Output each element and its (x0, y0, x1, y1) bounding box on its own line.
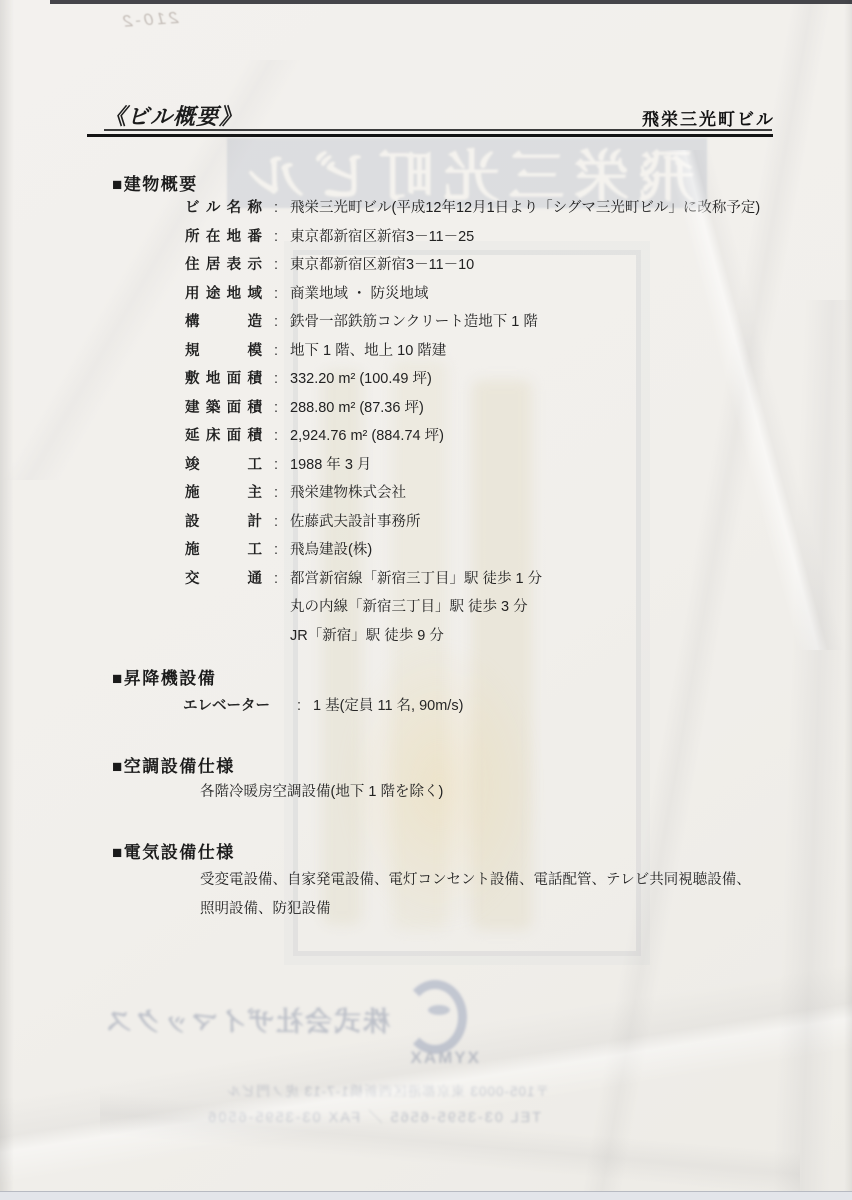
scan-edge-bottom (0, 1191, 852, 1200)
building-spec-table: ビル名称:飛栄三光町ビル(平成12年12月1日より「シグマ三光町ビル」に改称予定… (185, 194, 805, 650)
spec-value: 商業地域 ・ 防災地域 (290, 280, 805, 309)
spec-colon: : (262, 565, 290, 651)
page-title: 《ビル概要》 (104, 100, 242, 131)
spec-label: 竣工 (185, 451, 262, 480)
spec-row: 住居表示:東京都新宿区新宿3－11－10 (185, 251, 805, 280)
spec-value: 1 基(定員 11 名, 90m/s) (313, 692, 743, 720)
spec-row: ビル名称:飛栄三光町ビル(平成12年12月1日より「シグマ三光町ビル」に改称予定… (185, 194, 805, 223)
spec-colon: : (262, 365, 290, 394)
spec-colon: : (262, 394, 290, 423)
spec-row: 建築面積:288.80 m² (87.36 坪) (185, 394, 805, 423)
spec-row: 規模:地下 1 階、地上 10 階建 (185, 337, 805, 366)
spec-value: 飛栄建物株式会社 (290, 479, 805, 508)
document-content: 《ビル概要》 飛栄三光町ビル ■建物概要 ビル名称:飛栄三光町ビル(平成12年1… (0, 0, 852, 1200)
spec-value: 1988 年 3 月 (290, 451, 805, 480)
spec-label: 建築面積 (185, 394, 262, 423)
section-heading-electric: ■電気設備仕様 (112, 838, 235, 863)
spec-colon: : (262, 337, 290, 366)
spec-label: 設計 (185, 508, 262, 537)
section-heading-elevator: ■昇降機設備 (112, 664, 216, 689)
header-rule-thick (87, 134, 773, 137)
spec-value: 都営新宿線「新宿三丁目」駅 徒歩 1 分 丸の内線「新宿三丁目」駅 徒歩 3 分… (290, 565, 805, 651)
spec-value: 2,924.76 m² (884.74 坪) (290, 422, 805, 451)
spec-label: 所在地番 (185, 223, 262, 252)
spec-row: 用途地域:商業地域 ・ 防災地域 (185, 280, 805, 309)
electric-spec-text: 受変電設備、自家発電設備、電灯コンセント設備、電話配管、テレビ共同視聴設備、 照… (200, 866, 760, 924)
spec-label: エレベーター (183, 692, 285, 720)
spec-row: 敷地面積:332.20 m² (100.49 坪) (185, 365, 805, 394)
spec-row: 竣工:1988 年 3 月 (185, 451, 805, 480)
spec-label: 住居表示 (185, 251, 262, 280)
spec-value: 332.20 m² (100.49 坪) (290, 365, 805, 394)
spec-label: 施工 (185, 536, 262, 565)
spec-row: 施主:飛栄建物株式会社 (185, 479, 805, 508)
spec-colon: : (262, 479, 290, 508)
scanned-document-page: 210-2 飛栄三光町ビル XYMAX 株式会社ザイマックス 〒105-0003… (0, 0, 852, 1200)
spec-label: 用途地域 (185, 280, 262, 309)
spec-value: 東京都新宿区新宿3－11－25 (290, 223, 805, 252)
spec-row: 施工:飛鳥建設(株) (185, 536, 805, 565)
spec-colon: : (262, 251, 290, 280)
spec-label: 施主 (185, 479, 262, 508)
spec-value: 飛鳥建設(株) (290, 536, 805, 565)
spec-label: 規模 (185, 337, 262, 366)
header-rule-thin (104, 129, 772, 131)
spec-row: 所在地番:東京都新宿区新宿3－11－25 (185, 223, 805, 252)
spec-value: 佐藤武夫設計事務所 (290, 508, 805, 537)
spec-colon: : (262, 508, 290, 537)
spec-label: 敷地面積 (185, 365, 262, 394)
spec-colon: : (262, 223, 290, 252)
spec-label: 交通 (185, 565, 262, 651)
spec-label: ビル名称 (185, 194, 262, 223)
spec-row: 延床面積:2,924.76 m² (884.74 坪) (185, 422, 805, 451)
spec-value: 飛栄三光町ビル(平成12年12月1日より「シグマ三光町ビル」に改称予定) (290, 194, 805, 223)
spec-value: 東京都新宿区新宿3－11－10 (290, 251, 805, 280)
section-heading-hvac: ■空調設備仕様 (112, 752, 235, 777)
spec-value: 地下 1 階、地上 10 階建 (290, 337, 805, 366)
building-name-header: 飛栄三光町ビル (560, 105, 775, 130)
spec-label: 構造 (185, 308, 262, 337)
scan-edge-left (0, 0, 14, 1200)
spec-colon: : (262, 451, 290, 480)
elevator-spec-row: エレベーター : 1 基(定員 11 名, 90m/s) (183, 692, 743, 720)
hvac-spec-text: 各階冷暖房空調設備(地下 1 階を除く) (200, 778, 760, 807)
spec-row: 構造:鉄骨一部鉄筋コンクリート造地下 1 階 (185, 308, 805, 337)
scan-edge-top (50, 0, 852, 4)
spec-colon: : (262, 194, 290, 223)
spec-value: 288.80 m² (87.36 坪) (290, 394, 805, 423)
scan-edge-right (844, 0, 852, 1200)
spec-row: 設計:佐藤武夫設計事務所 (185, 508, 805, 537)
section-heading-building: ■建物概要 (112, 170, 198, 195)
spec-value: 鉄骨一部鉄筋コンクリート造地下 1 階 (290, 308, 805, 337)
spec-row: 交通:都営新宿線「新宿三丁目」駅 徒歩 1 分 丸の内線「新宿三丁目」駅 徒歩 … (185, 565, 805, 651)
spec-colon: : (285, 692, 313, 720)
spec-label: 延床面積 (185, 422, 262, 451)
spec-colon: : (262, 536, 290, 565)
spec-colon: : (262, 280, 290, 309)
spec-colon: : (262, 422, 290, 451)
spec-colon: : (262, 308, 290, 337)
